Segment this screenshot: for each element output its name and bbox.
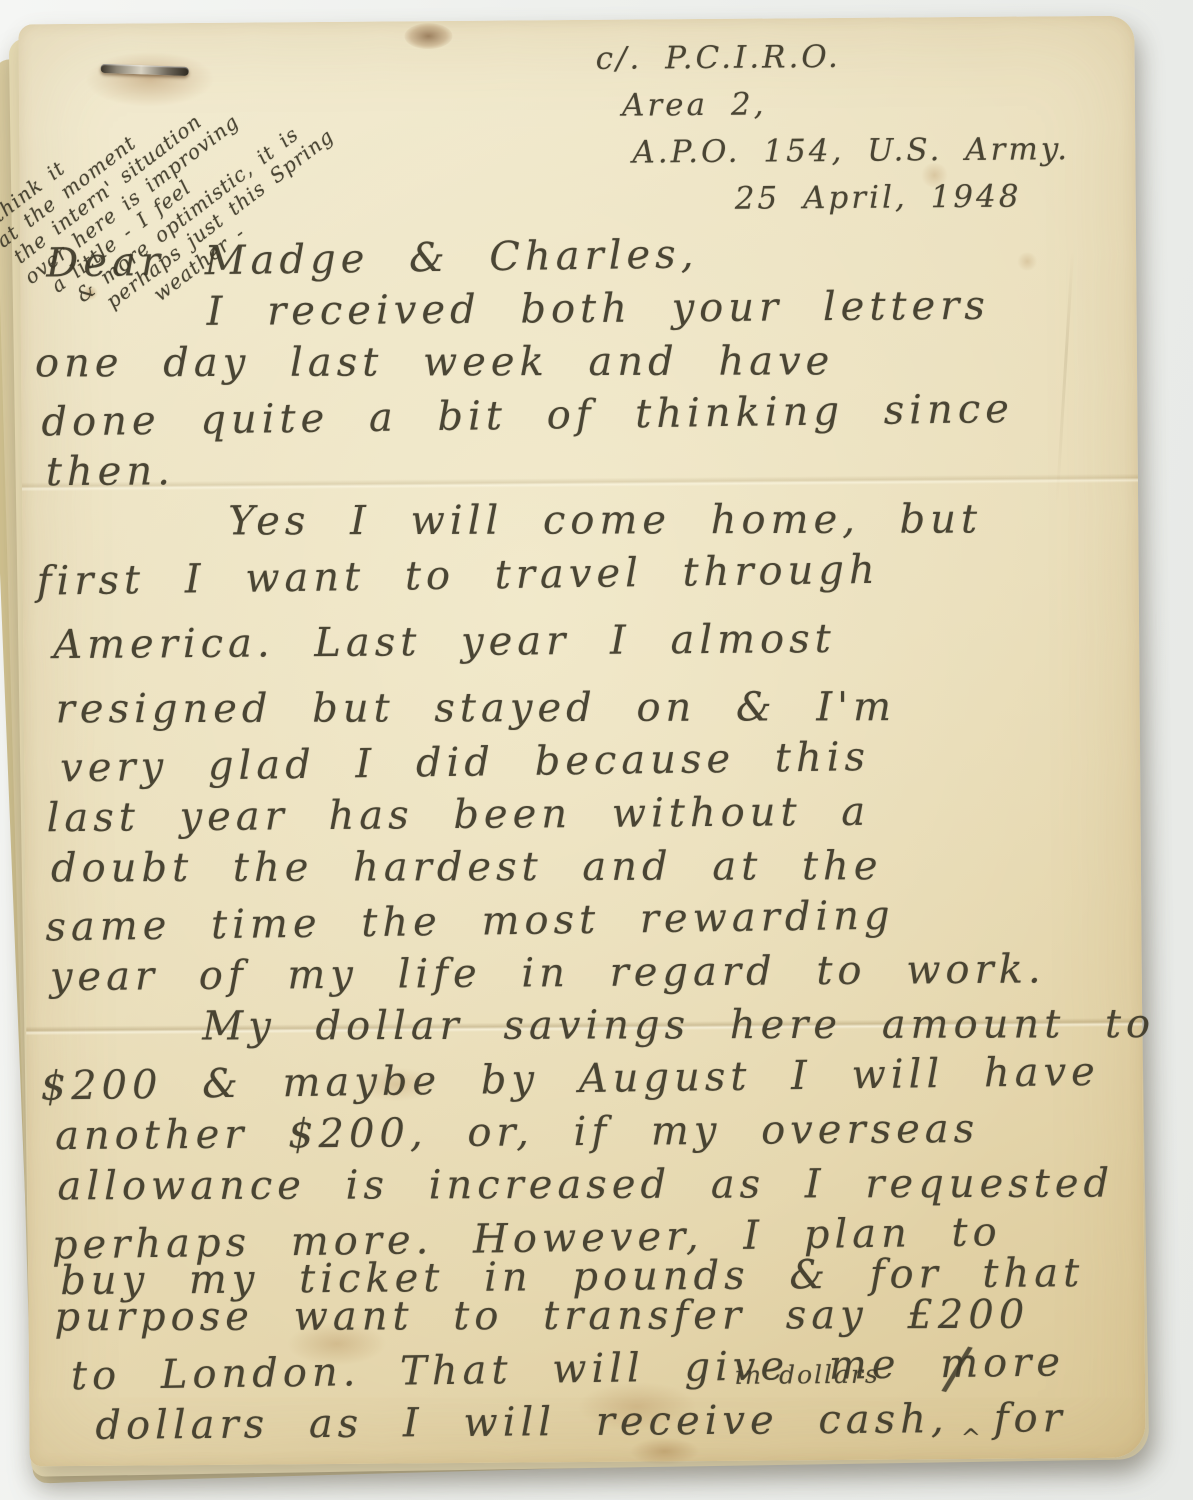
- heading-line: 25 April, 1948: [735, 173, 1071, 223]
- heading-line: c/. P.C.I.R.O.: [595, 32, 1069, 83]
- scorch-stain: [404, 23, 452, 49]
- body-line: doubt the hardest and at the: [51, 840, 1129, 896]
- photo-background: I think it at the moment the intern' sit…: [0, 0, 1193, 1500]
- staple: [101, 64, 189, 76]
- heading-line: Area 2,: [622, 79, 1070, 130]
- letter-heading: c/. P.C.I.R.O. Area 2, A.P.O. 154, U.S. …: [583, 32, 1070, 224]
- body-line: My dollar savings here amount to: [202, 998, 1130, 1053]
- body-line: resigned but stayed on & I'm: [56, 681, 1128, 737]
- letter-page: I think it at the moment the intern' sit…: [18, 16, 1145, 1467]
- inserted-text: in dollars: [735, 1362, 880, 1389]
- caret-mark: ^: [961, 1424, 986, 1452]
- body-line: I received both your letters: [206, 279, 1124, 339]
- body-line: allowance is increased as I requested: [57, 1158, 1131, 1214]
- last-line-text: dollars as I will receive cash,: [95, 1396, 949, 1449]
- body-line: Yes I will come home, but: [228, 493, 1126, 548]
- last-line-text: for: [994, 1395, 1067, 1442]
- body-line: first I want to travel through: [36, 540, 1127, 608]
- heading-line: A.P.O. 154, U.S. Army.: [632, 126, 1070, 176]
- body-line: America. Last year I almost: [53, 611, 1127, 672]
- last-body-line: dollars as I will receive cash,^for in d…: [95, 1392, 1133, 1453]
- body-line: one day last week and have: [35, 335, 1125, 391]
- letter-body: Dear Madge & Charles, I received both yo…: [34, 226, 1134, 1454]
